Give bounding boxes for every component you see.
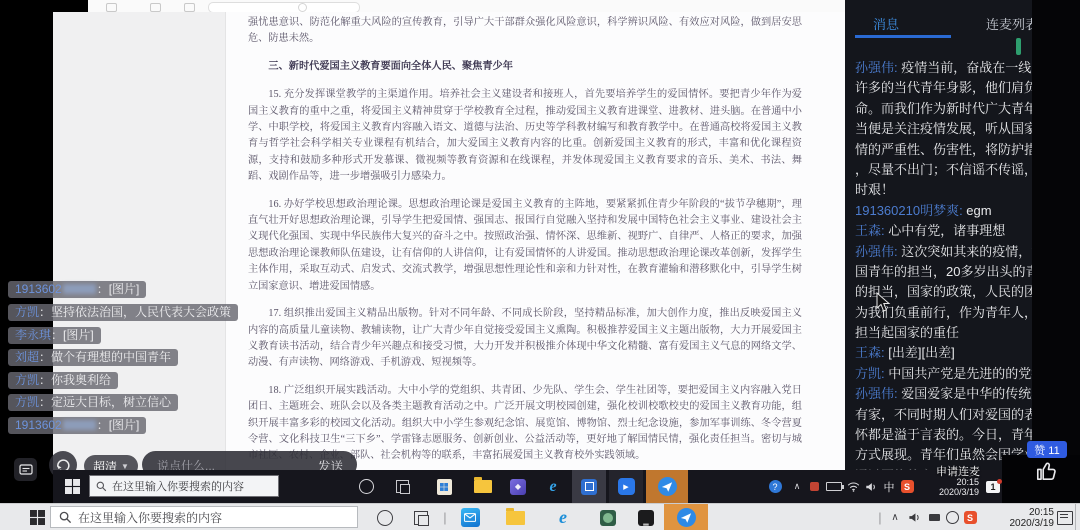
message-text: ，尽量不出门；不信谣不传谣，积极配 — [855, 162, 1043, 177]
time-label: 20:15 — [1029, 507, 1054, 518]
chat-bubble: 刘超：做个有理想的中国青年 — [8, 349, 178, 366]
question-icon: ? — [769, 480, 782, 493]
message-text: 命。而我们作为新时代广大青年中普通 — [855, 101, 1043, 116]
message-line: 有家，不同时期人们对爱国的表达方式 — [855, 405, 1043, 425]
chat-text: ：[图片] — [97, 418, 140, 432]
message-line: 孙强伟: 这次突如其来的疫情，让我们看 — [855, 242, 1043, 262]
store-icon — [437, 479, 452, 495]
chat-user: 方凯 — [15, 305, 39, 319]
sender-name: 孙强伟: — [855, 386, 898, 401]
apps-icon — [184, 3, 195, 12]
chat-text: ：[图片] — [97, 282, 140, 296]
sender-name: 孙强伟: — [855, 60, 898, 75]
sender-name: 方凯: — [855, 366, 885, 381]
message-line: 情的严重性、伤害性，将防护措施告知 — [855, 140, 1043, 160]
message-text: 当便是关注疫情发展，听从国家使令， — [855, 121, 1043, 136]
cortana-button-streamed — [353, 470, 379, 503]
task-view-button-streamed — [389, 470, 415, 503]
search-box-streamed: 在这里输入你要搜索的内容 — [89, 475, 279, 497]
chat-user: 1913602 — [15, 282, 62, 296]
windows-logo-icon — [30, 510, 45, 525]
folder-icon — [506, 511, 525, 525]
blue-app-icon — [581, 479, 597, 495]
back-icon — [106, 3, 117, 12]
message-line: 191360210明梦爽: egm — [855, 201, 1043, 221]
message-text: 许多的当代青年身影，他们肩负重任， — [855, 80, 1043, 95]
paragraph-15: 15. 充分发挥课堂教学的主渠道作用。培养社会主义建设者和接班人，首先要培养学生… — [248, 87, 802, 185]
message-line: 当便是关注疫情发展，听从国家使令， — [855, 119, 1043, 139]
message-text: 心中有党，诸事理想 — [885, 223, 1006, 238]
tab-messages[interactable]: 消息 — [873, 14, 899, 33]
file-explorer-button[interactable] — [500, 504, 530, 530]
tray-red-icon — [807, 470, 821, 503]
message-line: ，尽量不出门；不信谣不传谣，积极配 — [855, 160, 1043, 180]
chat-bubble: 1913602：[图片] — [8, 281, 146, 298]
search-icon — [59, 511, 72, 524]
keyboard-tray-icon[interactable] — [926, 504, 942, 530]
volume-tray-icon — [863, 470, 879, 503]
start-button[interactable] — [26, 504, 48, 530]
chevron-up-icon: ∧ — [794, 481, 801, 492]
taskbar-separator: | — [440, 504, 450, 530]
file-explorer-button-streamed — [468, 470, 498, 503]
redacted-name — [63, 284, 96, 294]
search-placeholder: 在这里输入你要搜索的内容 — [78, 509, 222, 526]
sogou-tray-icon-streamed: S — [899, 470, 915, 503]
search-box[interactable]: 在这里输入你要搜索的内容 — [50, 506, 358, 528]
tab-mic-list[interactable]: 连麦列表 — [986, 14, 1033, 33]
message-text: 有家，不同时期人们对爱国的表达方式 — [855, 407, 1043, 422]
chat-board-button[interactable] — [14, 458, 37, 481]
keyboard-icon — [929, 514, 940, 521]
message-text: egm — [963, 203, 992, 218]
sender-name: 孙强伟: — [855, 244, 898, 259]
message-line: 方凯: 中国共产党是先进的的党组织 — [855, 364, 1043, 384]
ime-icon: 中 — [884, 479, 895, 495]
chat-bubble: 方凯：你我奥利给 — [8, 372, 118, 389]
paragraph-16: 16. 办好学校思想政治理论课。思想政治理论课是爱国主义教育的主阵地，要紧紧抓住… — [248, 197, 802, 295]
mail-button[interactable] — [455, 504, 485, 530]
grid-icon — [150, 3, 161, 12]
chat-bubble: 方凯：坚持依法治国，人民代表大会政策 — [8, 304, 238, 321]
tray-chevron[interactable]: ∧ — [888, 504, 902, 530]
like-count-badge[interactable]: 赞 11 — [1027, 441, 1067, 458]
task-view-button[interactable] — [408, 504, 434, 530]
chat-bubble: 方凯：定远大目标，树立信心 — [8, 394, 178, 411]
mail-icon — [461, 508, 480, 527]
chat-text: ：坚持依法治国，人民代表大会政策 — [39, 305, 231, 319]
cortana-icon — [359, 479, 374, 494]
ime-indicator-streamed: 中 — [881, 470, 897, 503]
streaming-app-button-streamed — [646, 470, 688, 503]
thumbs-up-button[interactable] — [1034, 458, 1060, 489]
message-text: 这次突如其来的疫情，让我们看 — [898, 244, 1043, 259]
sogou-icon: S — [901, 480, 914, 493]
message-line: 时艰！ — [855, 180, 1043, 200]
chat-user: 李永琪 — [15, 328, 51, 342]
active-tab-underline — [855, 35, 951, 38]
message-text: 中国共产党是先进的的党组织 — [885, 366, 1043, 381]
photos-app-button[interactable] — [595, 504, 621, 530]
message-line: 王森: 心中有党，诸事理想 — [855, 221, 1043, 241]
ie-button-streamed: e — [540, 470, 566, 503]
cortana-button[interactable] — [372, 504, 398, 530]
app-button-streamed: ◆ — [505, 470, 531, 503]
message-text: 时艰！ — [855, 182, 894, 197]
notification-streamed: 1 — [983, 470, 1003, 503]
message-text: 国青年的担当，20多岁出头的青年人投 — [855, 264, 1043, 279]
purple-app-icon: ◆ — [510, 479, 526, 495]
sidebar-edge — [1032, 0, 1080, 470]
black-app-icon: ▂ — [638, 510, 654, 526]
message-line: 命。而我们作为新时代广大青年中普通 — [855, 99, 1043, 119]
message-text: 疫情当前，奋战在一线岗位的人 — [898, 60, 1043, 75]
paragraph-partial: 强忧患意识、防范化解重大风险的宣传教育，引导广大干部群众强化风险意识，科学辨识风… — [248, 15, 802, 48]
video-app-button-streamed: ▶ — [609, 470, 643, 503]
message-line: 孙强伟: 疫情当前，奋战在一线岗位的人 — [855, 58, 1043, 78]
message-text: 情的严重性、伤害性，将防护措施告知 — [855, 142, 1043, 157]
streamed-taskbar: 在这里输入你要搜索的内容 ◆ e ▶ ? ∧ 中 S 20:15 2020/3/… — [53, 470, 1080, 503]
thumbs-up-icon — [1034, 458, 1060, 484]
search-icon — [96, 481, 107, 492]
scrollbar-thumb[interactable] — [1016, 38, 1021, 55]
edge-button[interactable]: e — [548, 504, 578, 530]
cortana-icon — [377, 510, 393, 526]
chat-bubble: 李永琪：[图片] — [8, 327, 101, 344]
notification-badge: 1 — [986, 481, 1000, 493]
apply-mic-button[interactable]: 申请连麦 — [936, 463, 980, 479]
mouse-cursor — [876, 292, 891, 318]
paper-plane-icon — [658, 477, 677, 496]
chat-user: 方凯 — [15, 373, 39, 387]
chat-bubble: 1913602：[图片] — [8, 417, 146, 434]
search-placeholder: 在这里输入你要搜索的内容 — [112, 478, 244, 494]
speaker-icon — [908, 511, 921, 524]
chat-user: 1913602 — [15, 418, 62, 432]
chat-text: ：你我奥利给 — [39, 373, 111, 387]
refresh-icon — [298, 3, 307, 12]
message-line: 担当起国家的重任 — [855, 323, 1043, 343]
document-page: 强忧患意识、防范化解重大风险的宣传教育，引导广大干部群众强化风险意识，科学辨识风… — [225, 12, 845, 470]
date-label: 2020/3/19 — [939, 487, 979, 497]
chat-sidebar: 消息 连麦列表 孙强伟: 疫情当前，奋战在一线岗位的人 许多的当代青年身影，他们… — [845, 0, 1080, 470]
sender-name: 191360210明梦爽: — [855, 203, 963, 218]
task-view-icon — [414, 511, 428, 525]
sogou-tray-icon[interactable]: S — [962, 504, 978, 530]
battery-icon — [826, 482, 842, 491]
green-app-icon — [600, 510, 616, 526]
action-center-icon — [1057, 511, 1073, 525]
message-text: 爱国爱家是中华的传统美德， — [898, 386, 1043, 401]
settings-tray-icon[interactable] — [944, 504, 960, 530]
speaker-icon — [865, 481, 877, 493]
paragraph-17: 17. 组织推出爱国主义精品出版物。针对不同年龄、不同成长阶段，坚持精品标准，加… — [248, 306, 802, 372]
sender-name: 王森: — [855, 223, 885, 238]
sogou-icon: S — [964, 511, 977, 524]
internet-explorer-icon: e — [549, 478, 556, 496]
message-line: 许多的当代青年身影，他们肩负重任， — [855, 78, 1043, 98]
help-tray-icon: ? — [765, 470, 785, 503]
show-desktop-button[interactable] — [1075, 504, 1080, 530]
volume-tray-icon[interactable] — [906, 504, 922, 530]
chat-user: 刘超 — [15, 350, 39, 364]
red-app-icon — [810, 482, 819, 491]
circle-icon — [946, 511, 959, 524]
message-line: 国青年的担当，20多岁出头的青年人投 — [855, 262, 1043, 282]
video-app-icon: ▶ — [618, 478, 635, 495]
folder-icon — [474, 480, 492, 493]
console-app-button[interactable]: ▂ — [633, 504, 659, 530]
chat-text: ：[图片] — [51, 328, 94, 342]
chat-text: ：做个有理想的中国青年 — [39, 350, 171, 364]
start-button-streamed — [61, 470, 83, 503]
message-line: 怀都是溢于言表的。今日，青年爱国的 — [855, 425, 1043, 445]
store-button-streamed — [431, 470, 457, 503]
streaming-app-button[interactable] — [664, 504, 708, 530]
message-text: 担当起国家的重任 — [855, 325, 959, 340]
action-center-button[interactable] — [1056, 504, 1074, 530]
active-app-button-streamed — [572, 470, 606, 503]
board-icon — [19, 463, 33, 477]
redacted-name — [63, 420, 96, 430]
wifi-tray-icon — [845, 470, 861, 503]
section-heading: 三、新时代爱国主义教育要面向全体人民、聚焦青少年 — [248, 59, 802, 75]
wifi-icon — [847, 481, 860, 492]
sender-name: 王森: — [855, 345, 885, 360]
taskbar: 在这里输入你要搜索的内容 | e ▂ | ∧ S 20:15 2020/3/19 — [0, 503, 1080, 530]
chat-text: ：定远大目标，树立信心 — [39, 395, 171, 409]
date-label: 2020/3/19 — [1010, 518, 1055, 529]
message-text: [出差][出差] — [885, 345, 955, 360]
chat-user: 方凯 — [15, 395, 39, 409]
message-line: 孙强伟: 爱国爱家是中华的传统美德， — [855, 384, 1043, 404]
tray-chevron-streamed: ∧ — [789, 470, 805, 503]
tray-separator: | — [876, 504, 884, 530]
clock[interactable]: 20:15 2020/3/19 — [990, 504, 1054, 530]
message-text: 怀都是溢于言表的。今日，青年爱国的 — [855, 427, 1043, 442]
paper-plane-icon — [677, 508, 696, 527]
battery-tray-icon — [825, 470, 843, 503]
message-line: 王森: [出差][出差] — [855, 343, 1043, 363]
task-view-icon — [396, 480, 409, 493]
edge-icon: e — [559, 507, 567, 528]
windows-logo-icon — [65, 479, 80, 494]
document-text: 强忧患意识、防范化解重大风险的宣传教育，引导广大干部群众强化风险意识，科学辨识风… — [226, 12, 845, 465]
